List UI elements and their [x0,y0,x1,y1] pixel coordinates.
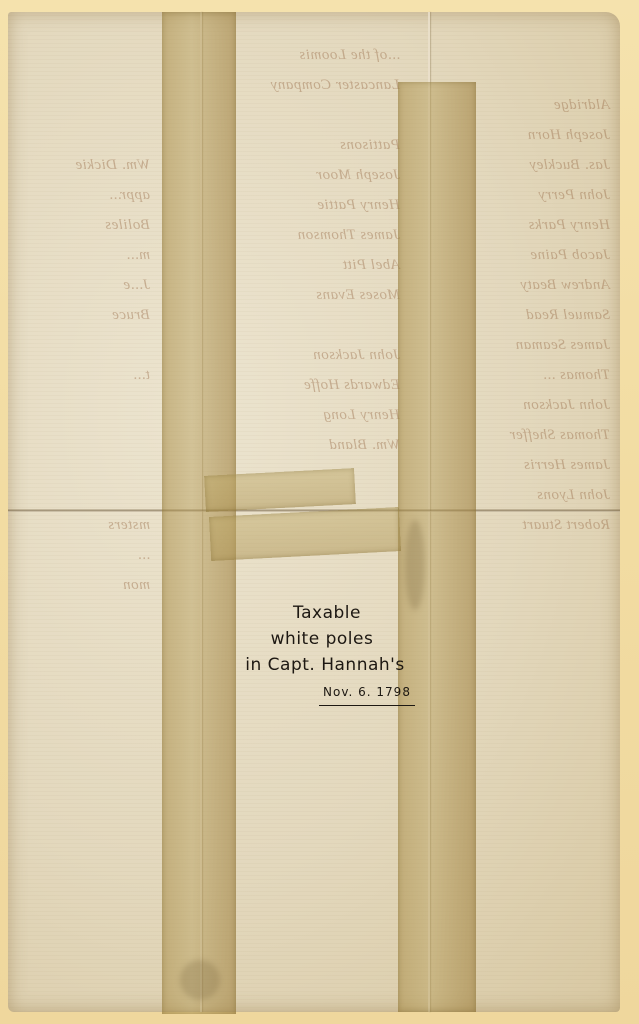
stain-mark [180,960,220,1000]
stain-mark [405,520,425,610]
annotation-line-1: Taxable [222,600,432,626]
annotation-line-3: in Capt. Hannah's [218,652,432,678]
annotation-line-2: white poles [212,626,432,652]
archival-annotation: Taxable white poles in Capt. Hannah's No… [232,600,432,706]
ghost-writing-right-column: Aldridge Joseph Horn Jas. Buckley John P… [470,90,610,540]
ghost-writing-center-column: ...of the Loomis Lancaster Company Patti… [240,40,400,460]
annotation-date: Nov. 6. 1798 [319,679,415,706]
ghost-writing-left-column: Wm. Dickie appr... Boliles m... J...e Br… [30,150,150,600]
tape-strip-left [162,12,236,1014]
